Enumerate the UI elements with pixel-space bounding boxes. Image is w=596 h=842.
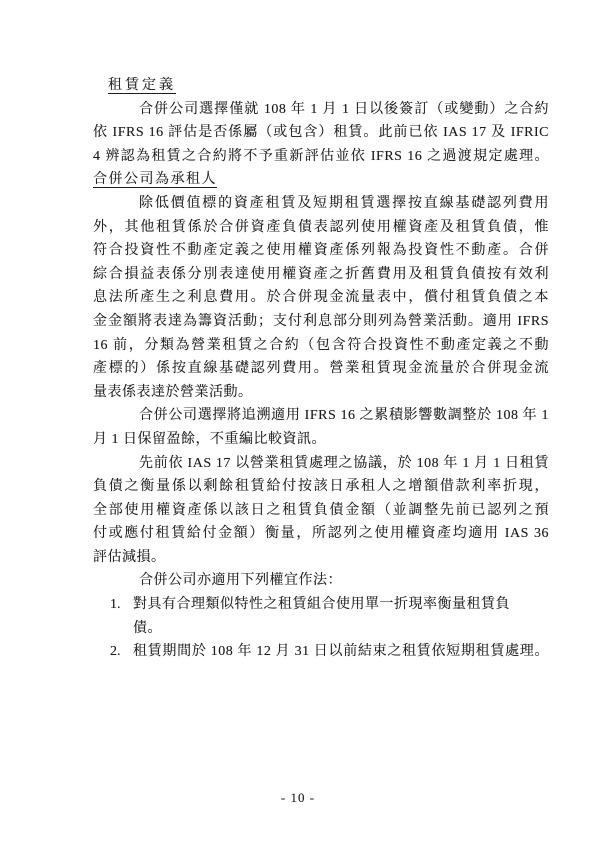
list-item-text: 租賃期間於 108 年 12 月 31 日以前結束之租賃依短期租賃處理。 [133,640,549,664]
list-item-number: 2. [110,640,133,664]
paragraph-line: 合併公司亦適用下列權宜作法： [93,569,549,593]
paragraph-line: 量表係表達於營業活動。 [93,381,549,405]
paragraph-line: 先前依 IAS 17 以營業租賃處理之協議，於 108 年 1 月 1 日租賃 [93,452,549,476]
paragraph-line: 負債之衡量係以剩餘租賃給付按該日承租人之增額借款利率折現， [93,475,549,499]
paragraph-line: 16 前，分類為營業租賃之合約（包含符合投資性不動產定義之不動 [93,334,549,358]
paragraph-line: 息法所產生之利息費用。於合併現金流量表中，償付租賃負債之本 [93,286,549,310]
paragraph-line: 產標的）係按直線基礎認列費用。營業租賃現金流量於合併現金流 [93,357,549,381]
paragraph-line: 付或應付租賃給付金額）衡量，所認列之使用權資產均適用 IAS 36 [93,522,549,546]
paragraph-line: 綜合損益表係分別表達使用權資產之折舊費用及租賃負債按有效利 [93,263,549,287]
list-item: 1. 對具有合理類似特性之租賃組合使用單一折現率衡量租賃負 [93,593,549,617]
paragraph-line: 除低價值標的資產租賃及短期租賃選擇按直線基礎認列費用 [93,192,549,216]
paragraph-line: 合併公司選擇僅就 108 年 1 月 1 日以後簽訂（或變動）之合約 [93,98,549,122]
paragraph-line: 外，其他租賃係於合併資產負債表認列使用權資產及租賃負債，惟 [93,216,549,240]
paragraph-line: 符合投資性不動產定義之使用權資產係列報為投資性不動產。合併 [93,239,549,263]
scanned-document-page: 租賃定義 合併公司選擇僅就 108 年 1 月 1 日以後簽訂（或變動）之合約 … [0,0,596,842]
paragraph-line: 4 辨認為租賃之合約將不予重新評估並依 IFRS 16 之過渡規定處理。 [93,145,549,169]
paragraph-line: 合併公司選擇將追溯適用 IFRS 16 之累積影響數調整於 108 年 1 [93,404,549,428]
list-item: 2. 租賃期間於 108 年 12 月 31 日以前結束之租賃依短期租賃處理。 [93,640,549,664]
paragraph-line: 金金額將表達為籌資活動；支付利息部分則列為營業活動。適用 IFRS [93,310,549,334]
paragraph-line: 全部使用權資產係以該日之租賃負債金額（並調整先前已認列之預 [93,499,549,523]
section-heading-lessee: 合併公司為承租人 [93,168,549,192]
list-item-number: 1. [110,593,133,617]
section-heading-lease-definition: 租賃定義 [93,74,549,98]
paragraph-line: 依 IFRS 16 評估是否係屬（或包含）租賃。此前已依 IAS 17 及 IF… [93,121,549,145]
paragraph-line: 評估減損。 [93,546,549,570]
paragraph-line: 月 1 日保留盈餘，不重編比較資訊。 [93,428,549,452]
page-number: - 10 - [0,790,596,806]
list-item-text-continuation: 債。 [93,617,549,641]
document-body: 租賃定義 合併公司選擇僅就 108 年 1 月 1 日以後簽訂（或變動）之合約 … [93,74,549,664]
list-item-text: 對具有合理類似特性之租賃組合使用單一折現率衡量租賃負 [133,593,549,617]
